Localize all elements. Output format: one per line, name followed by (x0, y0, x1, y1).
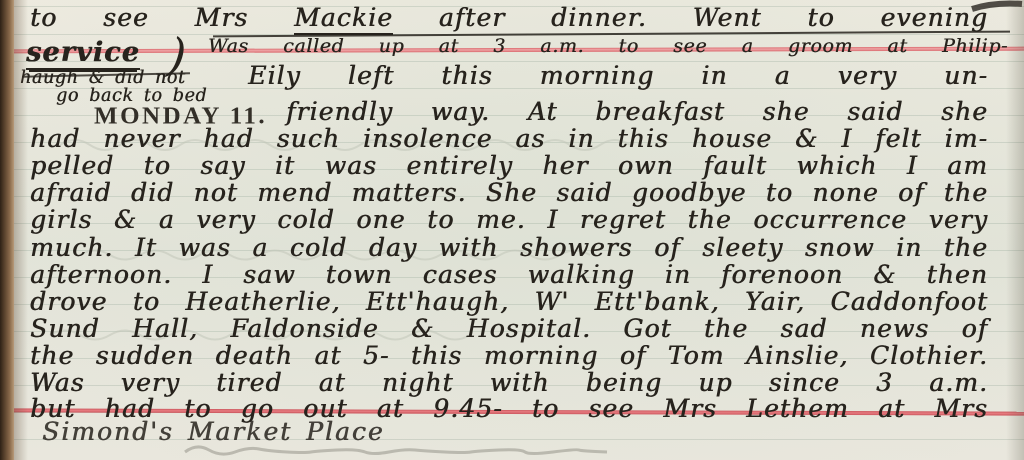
handwriting-line: Eily left this morning in a very un- (248, 63, 988, 90)
handwriting-line: afraid did not mend matters. She said go… (30, 180, 988, 207)
handwriting-line-last: Simond's Market Place (42, 419, 385, 444)
diary-page-photo: to see Mrs Mackie after dinner. Went to … (0, 0, 1024, 460)
binding-shadow (14, 0, 28, 460)
previous-entry-lead: to see Mrs (30, 3, 248, 32)
page-binding-edge (0, 0, 14, 460)
previous-entry-tail: after dinner. Went to evening (439, 3, 988, 32)
underlined-word-service: service (26, 39, 140, 70)
handwriting-line: pelled to say it was entirely her own fa… (30, 153, 988, 180)
insertion-note-line-1: Was called up at 3 a.m. to see a groom a… (208, 37, 1008, 64)
handwriting-line: had never had such insolence as in this … (30, 126, 988, 153)
handwriting-line: afternoon. I saw town cases walking in f… (30, 262, 988, 289)
handwriting-line: Sund Hall, Faldonside & Hospital. Got th… (30, 316, 988, 343)
handwriting-line: drove to Heatherlie, Ett'haugh, W' Ett'b… (30, 289, 988, 316)
insertion-note-line-2: haugh & did not (20, 70, 186, 88)
page-right-edge-shadow (1006, 0, 1024, 460)
underlined-name: Mackie (294, 3, 393, 35)
handwriting-line: Was very tired at night with being up si… (30, 370, 988, 397)
handwriting-line: friendly way. At breakfast she said she (286, 99, 988, 126)
handwriting-line: much. It was a cold day with showers of … (30, 235, 988, 262)
handwriting-line: the sudden death at 5- this morning of T… (30, 343, 988, 370)
handwriting-line: girls & a very cold one to me. I regret … (30, 207, 988, 234)
